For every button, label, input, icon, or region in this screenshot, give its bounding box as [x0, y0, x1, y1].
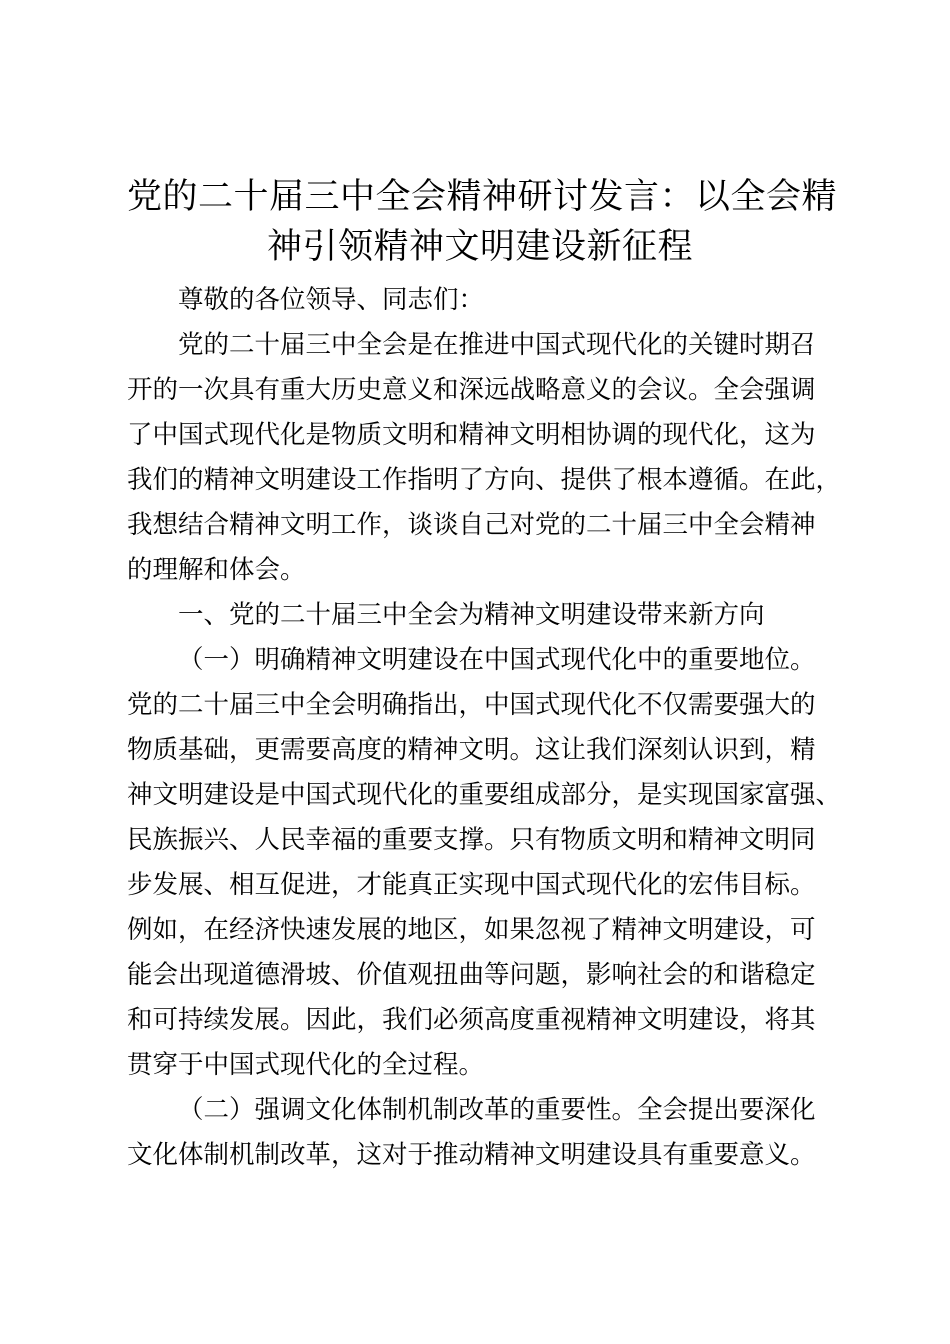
document-body: 尊敬的各位领导、同志们： 党的二十届三中全会是在推进中国式现代化的关键时期召 开… — [127, 278, 833, 1178]
paragraph-line: 文化体制机制改革，这对于推动精神文明建设具有重要意义。 — [127, 1133, 833, 1178]
paragraph-line: 能会出现道德滑坡、价值观扭曲等问题，影响社会的和谐稳定 — [127, 953, 833, 998]
paragraph-line: 贯穿于中国式现代化的全过程。 — [127, 1043, 833, 1088]
paragraph-line: 党的二十届三中全会明确指出，中国式现代化不仅需要强大的 — [127, 683, 833, 728]
subsection-heading-line: （二）强调文化体制机制改革的重要性。全会提出要深化 — [127, 1088, 833, 1133]
subsection-1-paragraph: （一）明确精神文明建设在中国式现代化中的重要地位。 党的二十届三中全会明确指出，… — [127, 638, 833, 1088]
paragraph-line: 开的一次具有重大历史意义和深远战略意义的会议。全会强调 — [127, 368, 833, 413]
paragraph-line: 步发展、相互促进，才能真正实现中国式现代化的宏伟目标。 — [127, 863, 833, 908]
subsection-2-paragraph: （二）强调文化体制机制改革的重要性。全会提出要深化 文化体制机制改革，这对于推动… — [127, 1088, 833, 1178]
paragraph-line: 了中国式现代化是物质文明和精神文明相协调的现代化，这为 — [127, 413, 833, 458]
subsection-heading-line: （一）明确精神文明建设在中国式现代化中的重要地位。 — [127, 638, 833, 683]
paragraph-line: 我想结合精神文明工作，谈谈自己对党的二十届三中全会精神 — [127, 503, 833, 548]
title-line: 神引领精神文明建设新征程 — [127, 222, 833, 272]
paragraph-line: 党的二十届三中全会是在推进中国式现代化的关键时期召 — [127, 323, 833, 368]
document-page: 党的二十届三中全会精神研讨发言：以全会精 神引领精神文明建设新征程 尊敬的各位领… — [127, 172, 833, 1178]
paragraph-line: 和可持续发展。因此，我们必须高度重视精神文明建设，将其 — [127, 998, 833, 1043]
paragraph-line: 我们的精神文明建设工作指明了方向、提供了根本遵循。在此， — [127, 458, 833, 503]
paragraph-line: 的理解和体会。 — [127, 548, 833, 593]
salutation: 尊敬的各位领导、同志们： — [127, 278, 833, 323]
section-heading: 一、党的二十届三中全会为精神文明建设带来新方向 — [127, 593, 833, 638]
paragraph-line: 神文明建设是中国式现代化的重要组成部分，是实现国家富强、 — [127, 773, 833, 818]
document-title: 党的二十届三中全会精神研讨发言：以全会精 神引领精神文明建设新征程 — [127, 172, 833, 272]
intro-paragraph: 党的二十届三中全会是在推进中国式现代化的关键时期召 开的一次具有重大历史意义和深… — [127, 323, 833, 593]
title-line: 党的二十届三中全会精神研讨发言：以全会精 — [127, 172, 833, 222]
paragraph-line: 例如，在经济快速发展的地区，如果忽视了精神文明建设，可 — [127, 908, 833, 953]
paragraph-line: 物质基础，更需要高度的精神文明。这让我们深刻认识到，精 — [127, 728, 833, 773]
paragraph-line: 民族振兴、人民幸福的重要支撑。只有物质文明和精神文明同 — [127, 818, 833, 863]
